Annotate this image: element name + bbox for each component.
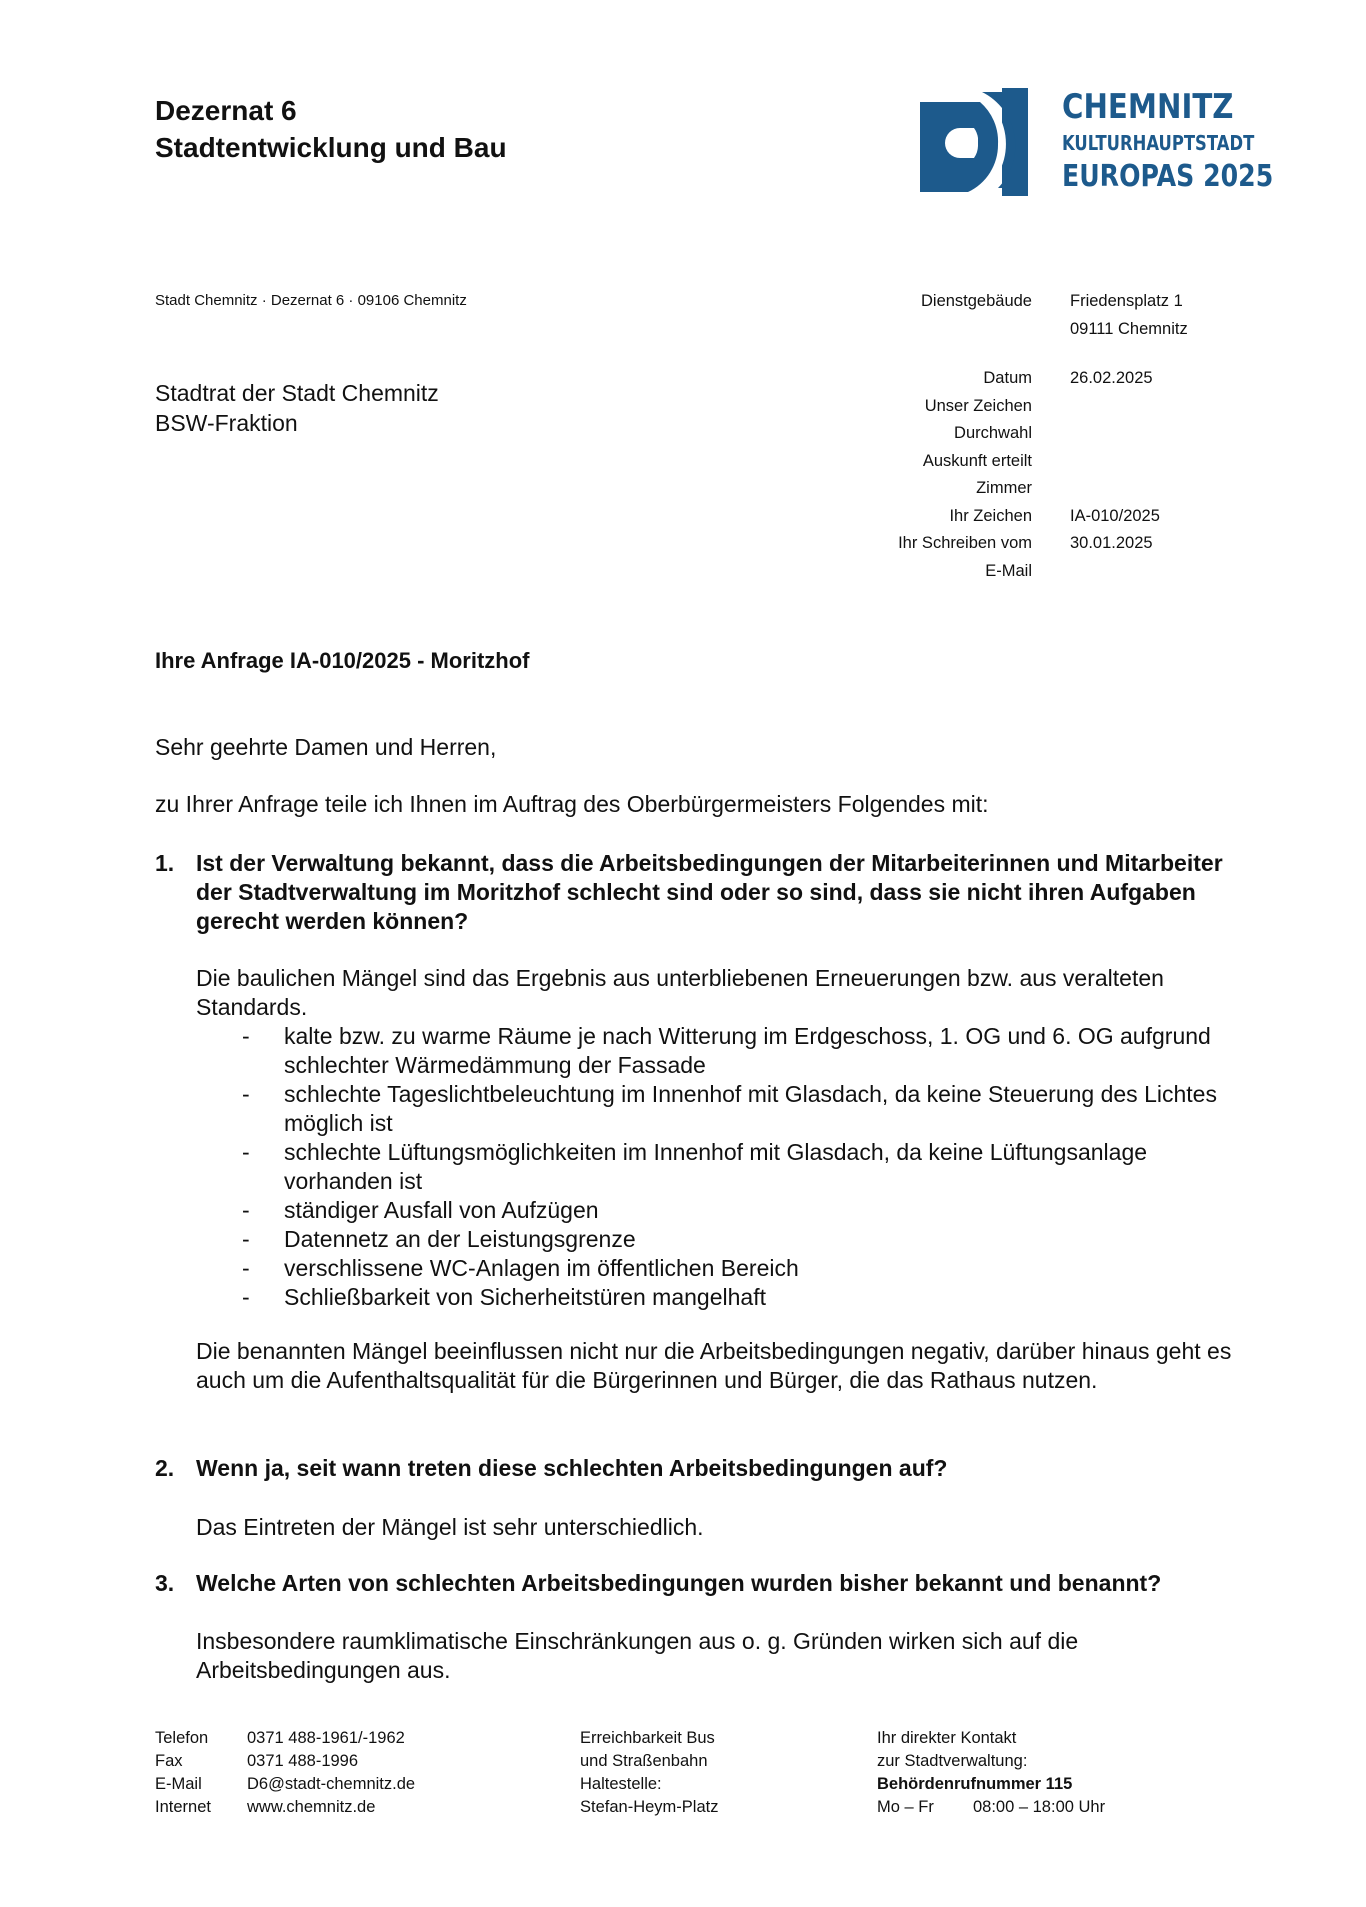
list-item: -Schließbarkeit von Sicherheitstüren man…: [196, 1283, 1256, 1312]
hotline-number: Behördenrufnummer 115: [877, 1773, 1105, 1796]
list-item: -ständiger Ausfall von Aufzügen: [196, 1196, 1256, 1225]
question-1: 1. Ist der Verwaltung bekannt, dass die …: [155, 849, 1255, 936]
list-item: -kalte bzw. zu warme Räume je nach Witte…: [196, 1022, 1256, 1080]
date-value: 26.02.2025: [1070, 365, 1153, 393]
meta-label: E-Mail: [830, 558, 1032, 586]
answer-3: Insbesondere raumklimatische Einschränku…: [196, 1627, 1256, 1685]
meta-label: Unser Zeichen: [830, 393, 1032, 421]
meta-label: Ihr Zeichen: [830, 503, 1032, 531]
website-link[interactable]: www.chemnitz.de: [247, 1796, 375, 1819]
meta-label: Datum: [830, 365, 1032, 393]
list-item: -Datennetz an der Leistungsgrenze: [196, 1225, 1256, 1254]
meta-label: Auskunft erteilt: [830, 448, 1032, 476]
letter-metadata: Dienstgebäude Friedensplatz 1 09111 Chem…: [830, 288, 1250, 585]
logo-tagline: KULTURHAUPTSTADT: [1062, 126, 1268, 160]
footer-direct-contact: Ihr direkter Kontakt zur Stadtverwaltung…: [877, 1727, 1105, 1819]
question-text: Ist der Verwaltung bekannt, dass die Arb…: [196, 849, 1255, 936]
logo-wordmark: CHEMNITZ KULTURHAUPTSTADT EUROPAS 2025: [1062, 88, 1313, 194]
transit-stop: Stefan-Heym-Platz: [580, 1796, 718, 1819]
department-name: Stadtentwicklung und Bau: [155, 129, 507, 166]
building-address: Friedensplatz 1: [1070, 288, 1183, 316]
salutation: Sehr geehrte Damen und Herren,: [155, 734, 496, 761]
answer-1-intro: Die baulichen Mängel sind das Ergebnis a…: [196, 964, 1256, 1022]
answer-2: Das Eintreten der Mängel ist sehr unters…: [196, 1513, 1256, 1542]
direct-contact-line: zur Stadtverwaltung:: [877, 1750, 1105, 1773]
fax-value: 0371 488-1996: [247, 1750, 358, 1773]
office-days: Mo – Fr: [877, 1796, 973, 1819]
footer-label: Internet: [155, 1796, 247, 1819]
email-link[interactable]: D6@stadt-chemnitz.de: [247, 1773, 415, 1796]
meta-label: Zimmer: [830, 475, 1032, 503]
deficiency-list: -kalte bzw. zu warme Räume je nach Witte…: [196, 1022, 1256, 1312]
list-item: -schlechte Lüftungsmöglichkeiten im Inne…: [196, 1138, 1256, 1196]
meta-label: Durchwahl: [830, 420, 1032, 448]
logo-city: CHEMNITZ: [1062, 88, 1278, 126]
list-item: -verschlissene WC-Anlagen im öffentliche…: [196, 1254, 1256, 1283]
reference-value: IA-010/2025: [1070, 503, 1160, 531]
question-number: 1.: [155, 849, 174, 878]
answer-1-outro: Die benannten Mängel beeinflussen nicht …: [196, 1337, 1256, 1395]
phone-value: 0371 488-1961/-1962: [247, 1727, 405, 1750]
direct-contact-line: Ihr direkter Kontakt: [877, 1727, 1105, 1750]
meta-label: Ihr Schreiben vom: [830, 530, 1032, 558]
question-text: Wenn ja, seit wann treten diese schlecht…: [196, 1454, 1255, 1483]
question-text: Welche Arten von schlechten Arbeitsbedin…: [196, 1569, 1255, 1598]
sender-line: Stadt Chemnitz · Dezernat 6 · 09106 Chem…: [155, 292, 467, 309]
recipient-line: BSW-Fraktion: [155, 408, 439, 438]
footer-transit: Erreichbarkeit Bus und Straßenbahn Halte…: [580, 1727, 718, 1819]
building-label: Dienstgebäude: [830, 288, 1032, 316]
building-city: 09111 Chemnitz: [1070, 316, 1188, 344]
question-2: 2. Wenn ja, seit wann treten diese schle…: [155, 1454, 1255, 1483]
footer-label: Telefon: [155, 1727, 247, 1750]
transit-line: und Straßenbahn: [580, 1750, 718, 1773]
chemnitz-logo: CHEMNITZ KULTURHAUPTSTADT EUROPAS 2025: [920, 88, 1250, 200]
transit-line: Erreichbarkeit Bus: [580, 1727, 718, 1750]
footer-contact: Telefon0371 488-1961/-1962 Fax0371 488-1…: [155, 1727, 415, 1819]
footer-label: Fax: [155, 1750, 247, 1773]
letter-date-value: 30.01.2025: [1070, 530, 1153, 558]
recipient-address: Stadtrat der Stadt Chemnitz BSW-Fraktion: [155, 378, 439, 438]
logo-year: EUROPAS 2025: [1062, 160, 1273, 194]
recipient-line: Stadtrat der Stadt Chemnitz: [155, 378, 439, 408]
question-3: 3. Welche Arten von schlechten Arbeitsbe…: [155, 1569, 1255, 1598]
list-item: -schlechte Tageslichtbeleuchtung im Inne…: [196, 1080, 1256, 1138]
question-number: 2.: [155, 1454, 174, 1483]
department-number: Dezernat 6: [155, 92, 507, 129]
letter-subject: Ihre Anfrage IA-010/2025 - Moritzhof: [155, 648, 529, 674]
department-heading: Dezernat 6 Stadtentwicklung und Bau: [155, 92, 507, 166]
office-times: 08:00 – 18:00 Uhr: [973, 1798, 1105, 1816]
office-hours: Mo – Fr08:00 – 18:00 Uhr: [877, 1796, 1105, 1819]
transit-line: Haltestelle:: [580, 1773, 718, 1796]
footer-label: E-Mail: [155, 1773, 247, 1796]
chemnitz-c-logo-icon: [920, 88, 1030, 196]
question-number: 3.: [155, 1569, 174, 1598]
intro-paragraph: zu Ihrer Anfrage teile ich Ihnen im Auft…: [155, 791, 989, 818]
